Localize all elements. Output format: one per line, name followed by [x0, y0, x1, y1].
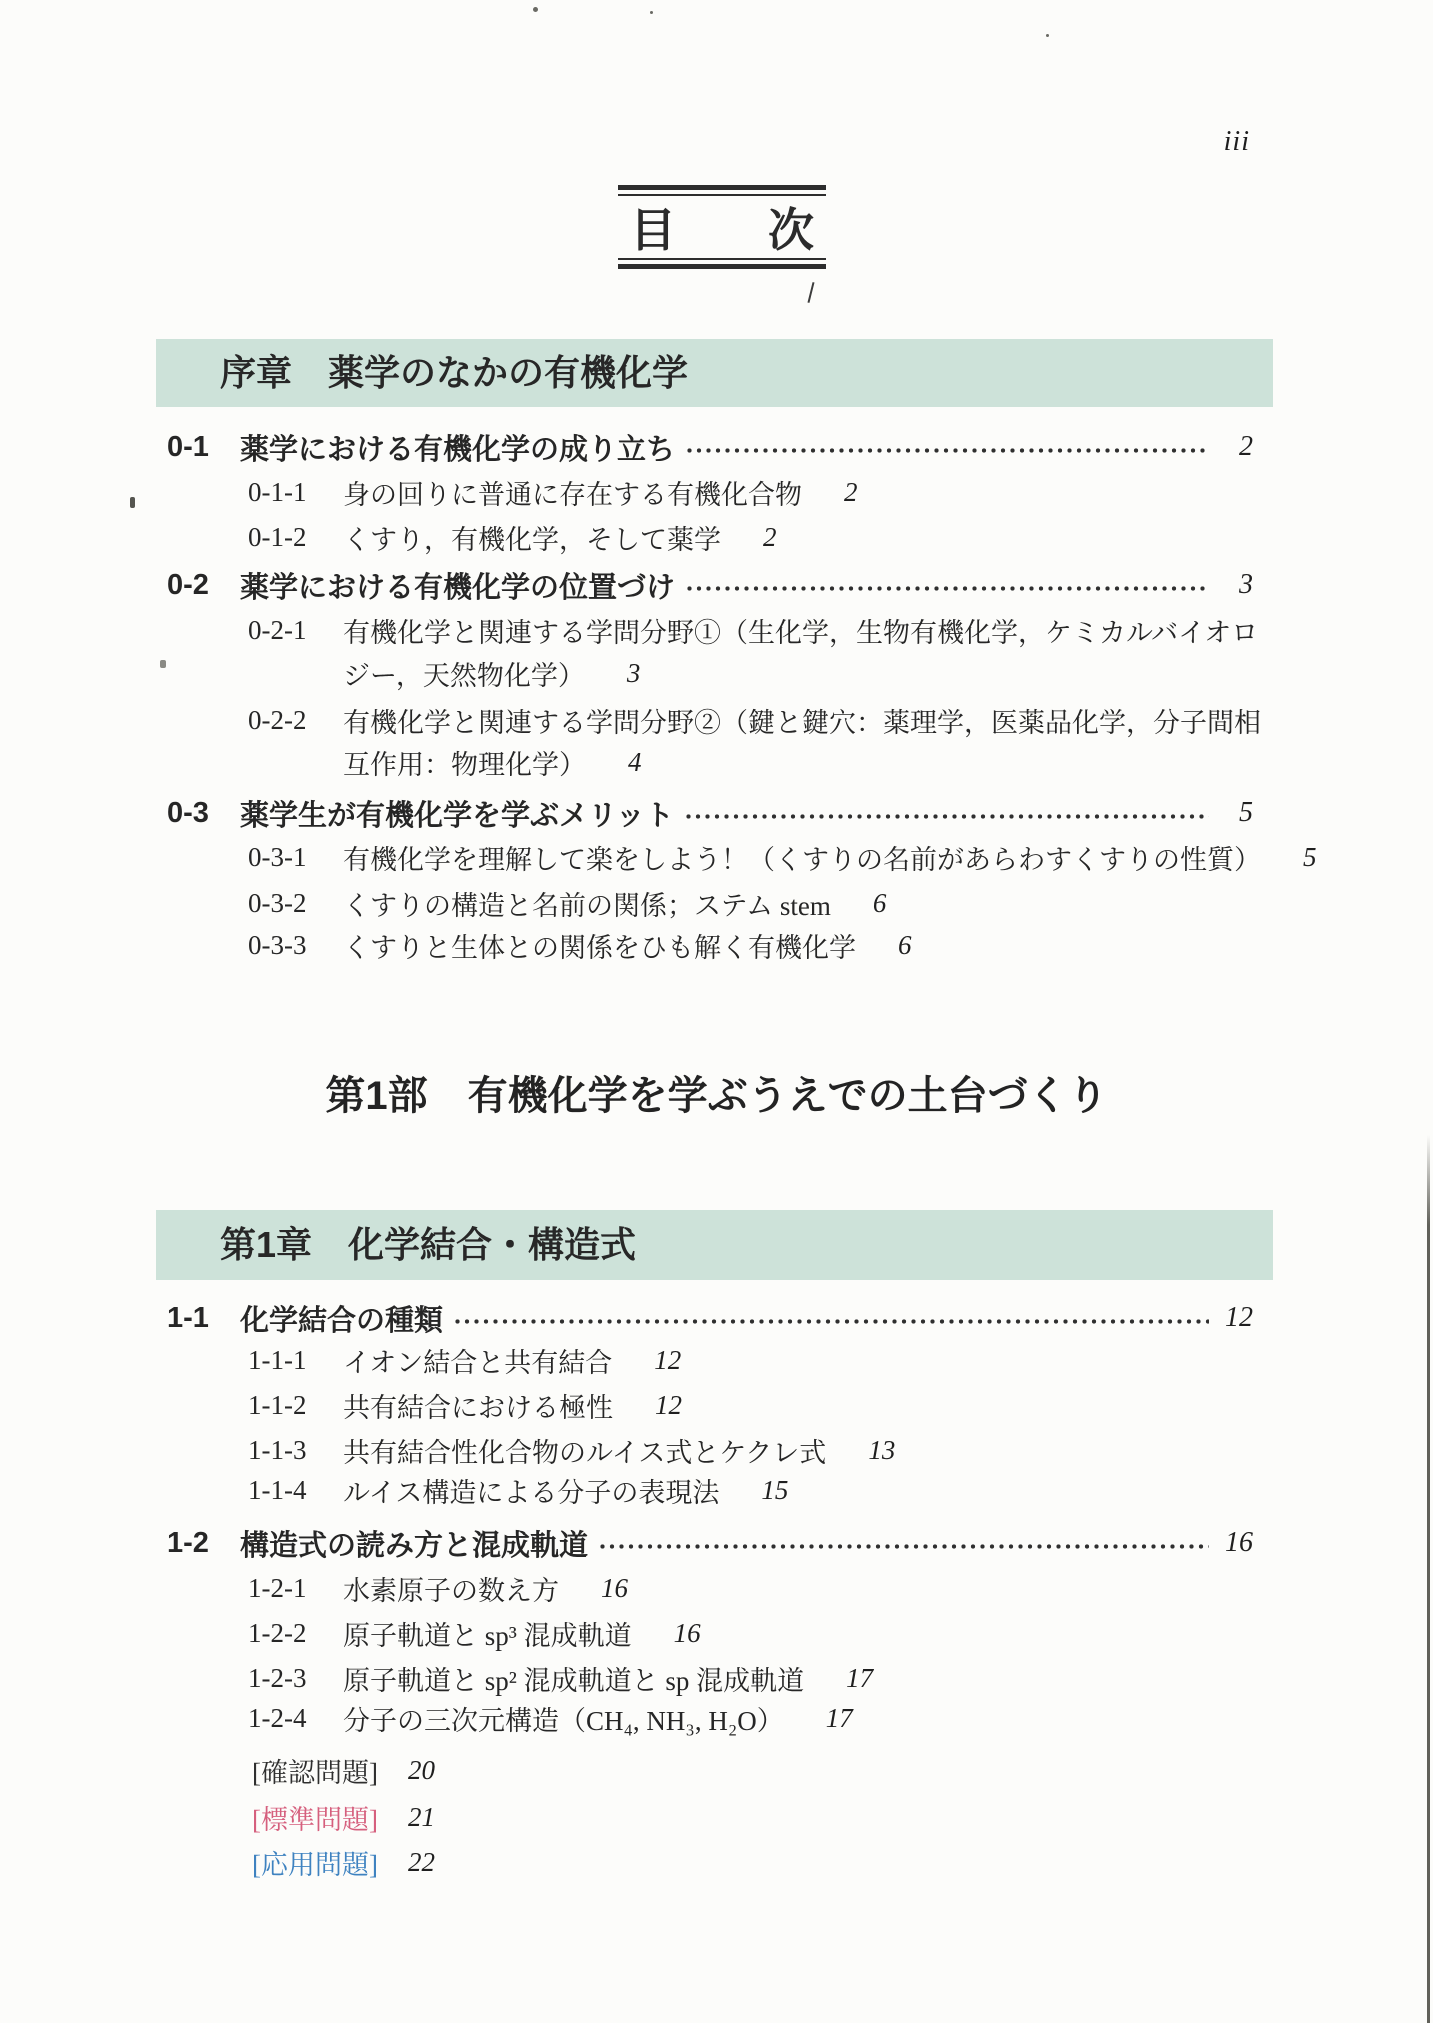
- entry-page: 22: [408, 1849, 435, 1876]
- entry-number: 0-1-2: [248, 522, 343, 553]
- entry-title: 分子の三次元構造（CH₄, NH₃, H₂O）: [343, 1699, 784, 1738]
- toc-entry-problems-advanced: [応用問題] 22: [252, 1845, 435, 1879]
- entry-title-line1: 有機化学と関連する学問分野①（生化学，生物有機化学，ケミカルバイオロ: [343, 611, 1258, 650]
- entry-number: 1-1-2: [248, 1390, 343, 1421]
- page-number-folio: iii: [1200, 128, 1250, 156]
- problem-label: [確認問題]: [252, 1751, 378, 1790]
- problem-label: [応用問題]: [252, 1843, 378, 1882]
- entry-title: 薬学における有機化学の成り立ち: [240, 427, 675, 468]
- entry-number: 1-1-1: [248, 1345, 343, 1376]
- toc-entry-sub: 0-3-3 くすりと生体との関係をひも解く有機化学 6: [248, 928, 912, 962]
- dot-leader: [687, 586, 1209, 591]
- entry-page: 20: [408, 1757, 435, 1784]
- scan-artifact: [160, 660, 166, 668]
- problem-label: [標準問題]: [252, 1798, 378, 1837]
- entry-title: イオン結合と共有結合: [343, 1341, 612, 1380]
- entry-title: くすりの構造と名前の関係；ステム stem: [343, 884, 831, 923]
- entry-number: 0-1-1: [248, 477, 343, 508]
- entry-number: 1-2-3: [248, 1663, 343, 1694]
- entry-title-line2: ジー，天然物化学）: [343, 654, 585, 693]
- entry-page: 5: [1303, 844, 1317, 871]
- entry-title: 薬学における有機化学の位置づけ: [240, 565, 675, 606]
- entry-title: 共有結合性化合物のルイス式とケクレ式: [343, 1431, 826, 1470]
- entry-title: くすり，有機化学，そして薬学: [343, 518, 721, 557]
- toc-title-char: 目: [630, 194, 676, 260]
- scan-artifact: [1046, 34, 1049, 37]
- chapter-header-intro: 序章 薬学のなかの有機化学: [156, 339, 1273, 407]
- scan-artifact: [807, 282, 814, 303]
- toc-entry-sub: 0-2-2 有機化学と関連する学問分野②（鍵と鍵穴：薬理学，医薬品化学，分子間相: [248, 703, 1261, 737]
- dot-leader: [687, 448, 1209, 453]
- toc-title-box: 目 次: [618, 185, 826, 269]
- toc-entry-section: 0-2 薬学における有機化学の位置づけ 3: [167, 567, 1253, 603]
- entry-number: 0-3: [167, 797, 240, 830]
- entry-page: 17: [846, 1665, 873, 1692]
- toc-entry-sub: 1-2-3 原子軌道と sp² 混成軌道と sp 混成軌道 17: [248, 1661, 873, 1695]
- entry-title: くすりと生体との関係をひも解く有機化学: [343, 926, 856, 965]
- book-toc-page: iii 目 次 序章 薬学のなかの有機化学 0-1 薬学における有機化学の成り立…: [0, 0, 1433, 2023]
- entry-number: 1-2-2: [248, 1618, 343, 1649]
- entry-title-line1: 有機化学と関連する学問分野②（鍵と鍵穴：薬理学，医薬品化学，分子間相: [343, 701, 1261, 740]
- entry-number: 0-3-1: [248, 842, 343, 873]
- toc-entry-sub-cont: ジー，天然物化学） 3: [343, 656, 640, 690]
- entry-page: 6: [873, 890, 887, 917]
- entry-title: 化学結合の種類: [240, 1298, 443, 1339]
- entry-page: 2: [1215, 433, 1253, 461]
- entry-number: 1-2-4: [248, 1703, 343, 1734]
- toc-entry-sub: 1-2-4 分子の三次元構造（CH₄, NH₃, H₂O） 17: [248, 1701, 853, 1735]
- entry-title: 構造式の読み方と混成軌道: [240, 1523, 588, 1564]
- entry-page: 5: [1215, 799, 1253, 827]
- entry-title: 身の回りに普通に存在する有機化合物: [343, 473, 802, 512]
- entry-number: 1-2-1: [248, 1573, 343, 1604]
- entry-number: 0-2-1: [248, 615, 343, 646]
- toc-entry-section: 0-3 薬学生が有機化学を学ぶメリット 5: [167, 795, 1253, 831]
- entry-title: 原子軌道と sp³ 混成軌道: [343, 1614, 632, 1653]
- toc-entry-sub: 1-2-1 水素原子の数え方 16: [248, 1571, 628, 1605]
- entry-page: 3: [1215, 571, 1253, 599]
- entry-number: 1-1: [167, 1302, 240, 1335]
- toc-entry-problems-check: [確認問題] 20: [252, 1753, 435, 1787]
- entry-page: 21: [408, 1804, 435, 1831]
- entry-title: 水素原子の数え方: [343, 1569, 559, 1608]
- entry-page: 12: [655, 1392, 682, 1419]
- entry-title: ルイス構造による分子の表現法: [343, 1471, 719, 1510]
- entry-page: 3: [627, 660, 641, 687]
- toc-entry-section: 1-1 化学結合の種類 12: [167, 1300, 1253, 1336]
- entry-number: 1-2: [167, 1527, 240, 1560]
- toc-entry-sub: 1-1-2 共有結合における極性 12: [248, 1388, 682, 1422]
- entry-page: 6: [898, 932, 912, 959]
- scan-artifact: [533, 7, 538, 12]
- toc-entry-sub: 1-1-4 ルイス構造による分子の表現法 15: [248, 1473, 788, 1507]
- scan-artifact: [650, 11, 653, 14]
- rule: [618, 264, 826, 269]
- entry-page: 4: [628, 749, 642, 776]
- toc-entry-section: 1-2 構造式の読み方と混成軌道 16: [167, 1525, 1253, 1561]
- entry-page: 12: [1215, 1304, 1253, 1332]
- entry-page: 2: [844, 479, 858, 506]
- entry-title: 共有結合における極性: [343, 1386, 613, 1425]
- entry-page: 2: [763, 524, 777, 551]
- entry-page: 12: [654, 1347, 681, 1374]
- dot-leader: [455, 1319, 1209, 1324]
- entry-number: 0-3-3: [248, 930, 343, 961]
- entry-title: 原子軌道と sp² 混成軌道と sp 混成軌道: [343, 1659, 804, 1698]
- chapter-header-1: 第1章 化学結合・構造式: [156, 1210, 1273, 1280]
- toc-entry-sub: 0-3-2 くすりの構造と名前の関係；ステム stem 6: [248, 886, 886, 920]
- entry-page: 16: [601, 1575, 628, 1602]
- dot-leader: [686, 814, 1209, 819]
- toc-entry-sub: 0-3-1 有機化学を理解して楽をしよう！（くすりの名前があらわすくすりの性質）…: [248, 840, 1317, 874]
- toc-entry-sub-cont: 互作用：物理化学） 4: [343, 745, 642, 779]
- toc-entry-sub: 1-1-1 イオン結合と共有結合 12: [248, 1343, 681, 1377]
- entry-number: 0-2-2: [248, 705, 343, 736]
- entry-page: 15: [761, 1477, 788, 1504]
- entry-number: 1-1-3: [248, 1435, 343, 1466]
- entry-page: 16: [674, 1620, 701, 1647]
- scan-artifact: [130, 497, 135, 508]
- entry-page: 13: [868, 1437, 895, 1464]
- rule: [618, 185, 826, 190]
- toc-entry-sub: 0-1-1 身の回りに普通に存在する有機化合物 2: [248, 475, 858, 509]
- toc-entry-sub: 0-2-1 有機化学と関連する学問分野①（生化学，生物有機化学，ケミカルバイオロ: [248, 613, 1258, 647]
- toc-entry-problems-standard: [標準問題] 21: [252, 1800, 435, 1834]
- toc-entry-sub: 0-1-2 くすり，有機化学，そして薬学 2: [248, 520, 777, 554]
- part-title: 第1部 有機化学を学ぶうえでの土台づくり: [0, 1064, 1433, 1121]
- toc-entry-sub: 1-2-2 原子軌道と sp³ 混成軌道 16: [248, 1616, 701, 1650]
- entry-title: 有機化学を理解して楽をしよう！（くすりの名前があらわすくすりの性質）: [343, 838, 1261, 877]
- entry-number: 0-1: [167, 431, 240, 464]
- toc-entry-sub: 1-1-3 共有結合性化合物のルイス式とケクレ式 13: [248, 1433, 895, 1467]
- entry-page: 17: [826, 1705, 853, 1732]
- toc-title: 目 次: [618, 196, 826, 258]
- toc-entry-section: 0-1 薬学における有機化学の成り立ち 2: [167, 429, 1253, 465]
- toc-title-char: 次: [768, 194, 814, 260]
- entry-title: 薬学生が有機化学を学ぶメリット: [240, 793, 674, 834]
- scan-edge-shadow: [1427, 1135, 1430, 2023]
- entry-number: 1-1-4: [248, 1475, 343, 1506]
- dot-leader: [600, 1544, 1209, 1549]
- entry-number: 0-2: [167, 569, 240, 602]
- entry-title-line2: 互作用：物理化学）: [343, 743, 586, 782]
- entry-number: 0-3-2: [248, 888, 343, 919]
- entry-page: 16: [1215, 1529, 1253, 1557]
